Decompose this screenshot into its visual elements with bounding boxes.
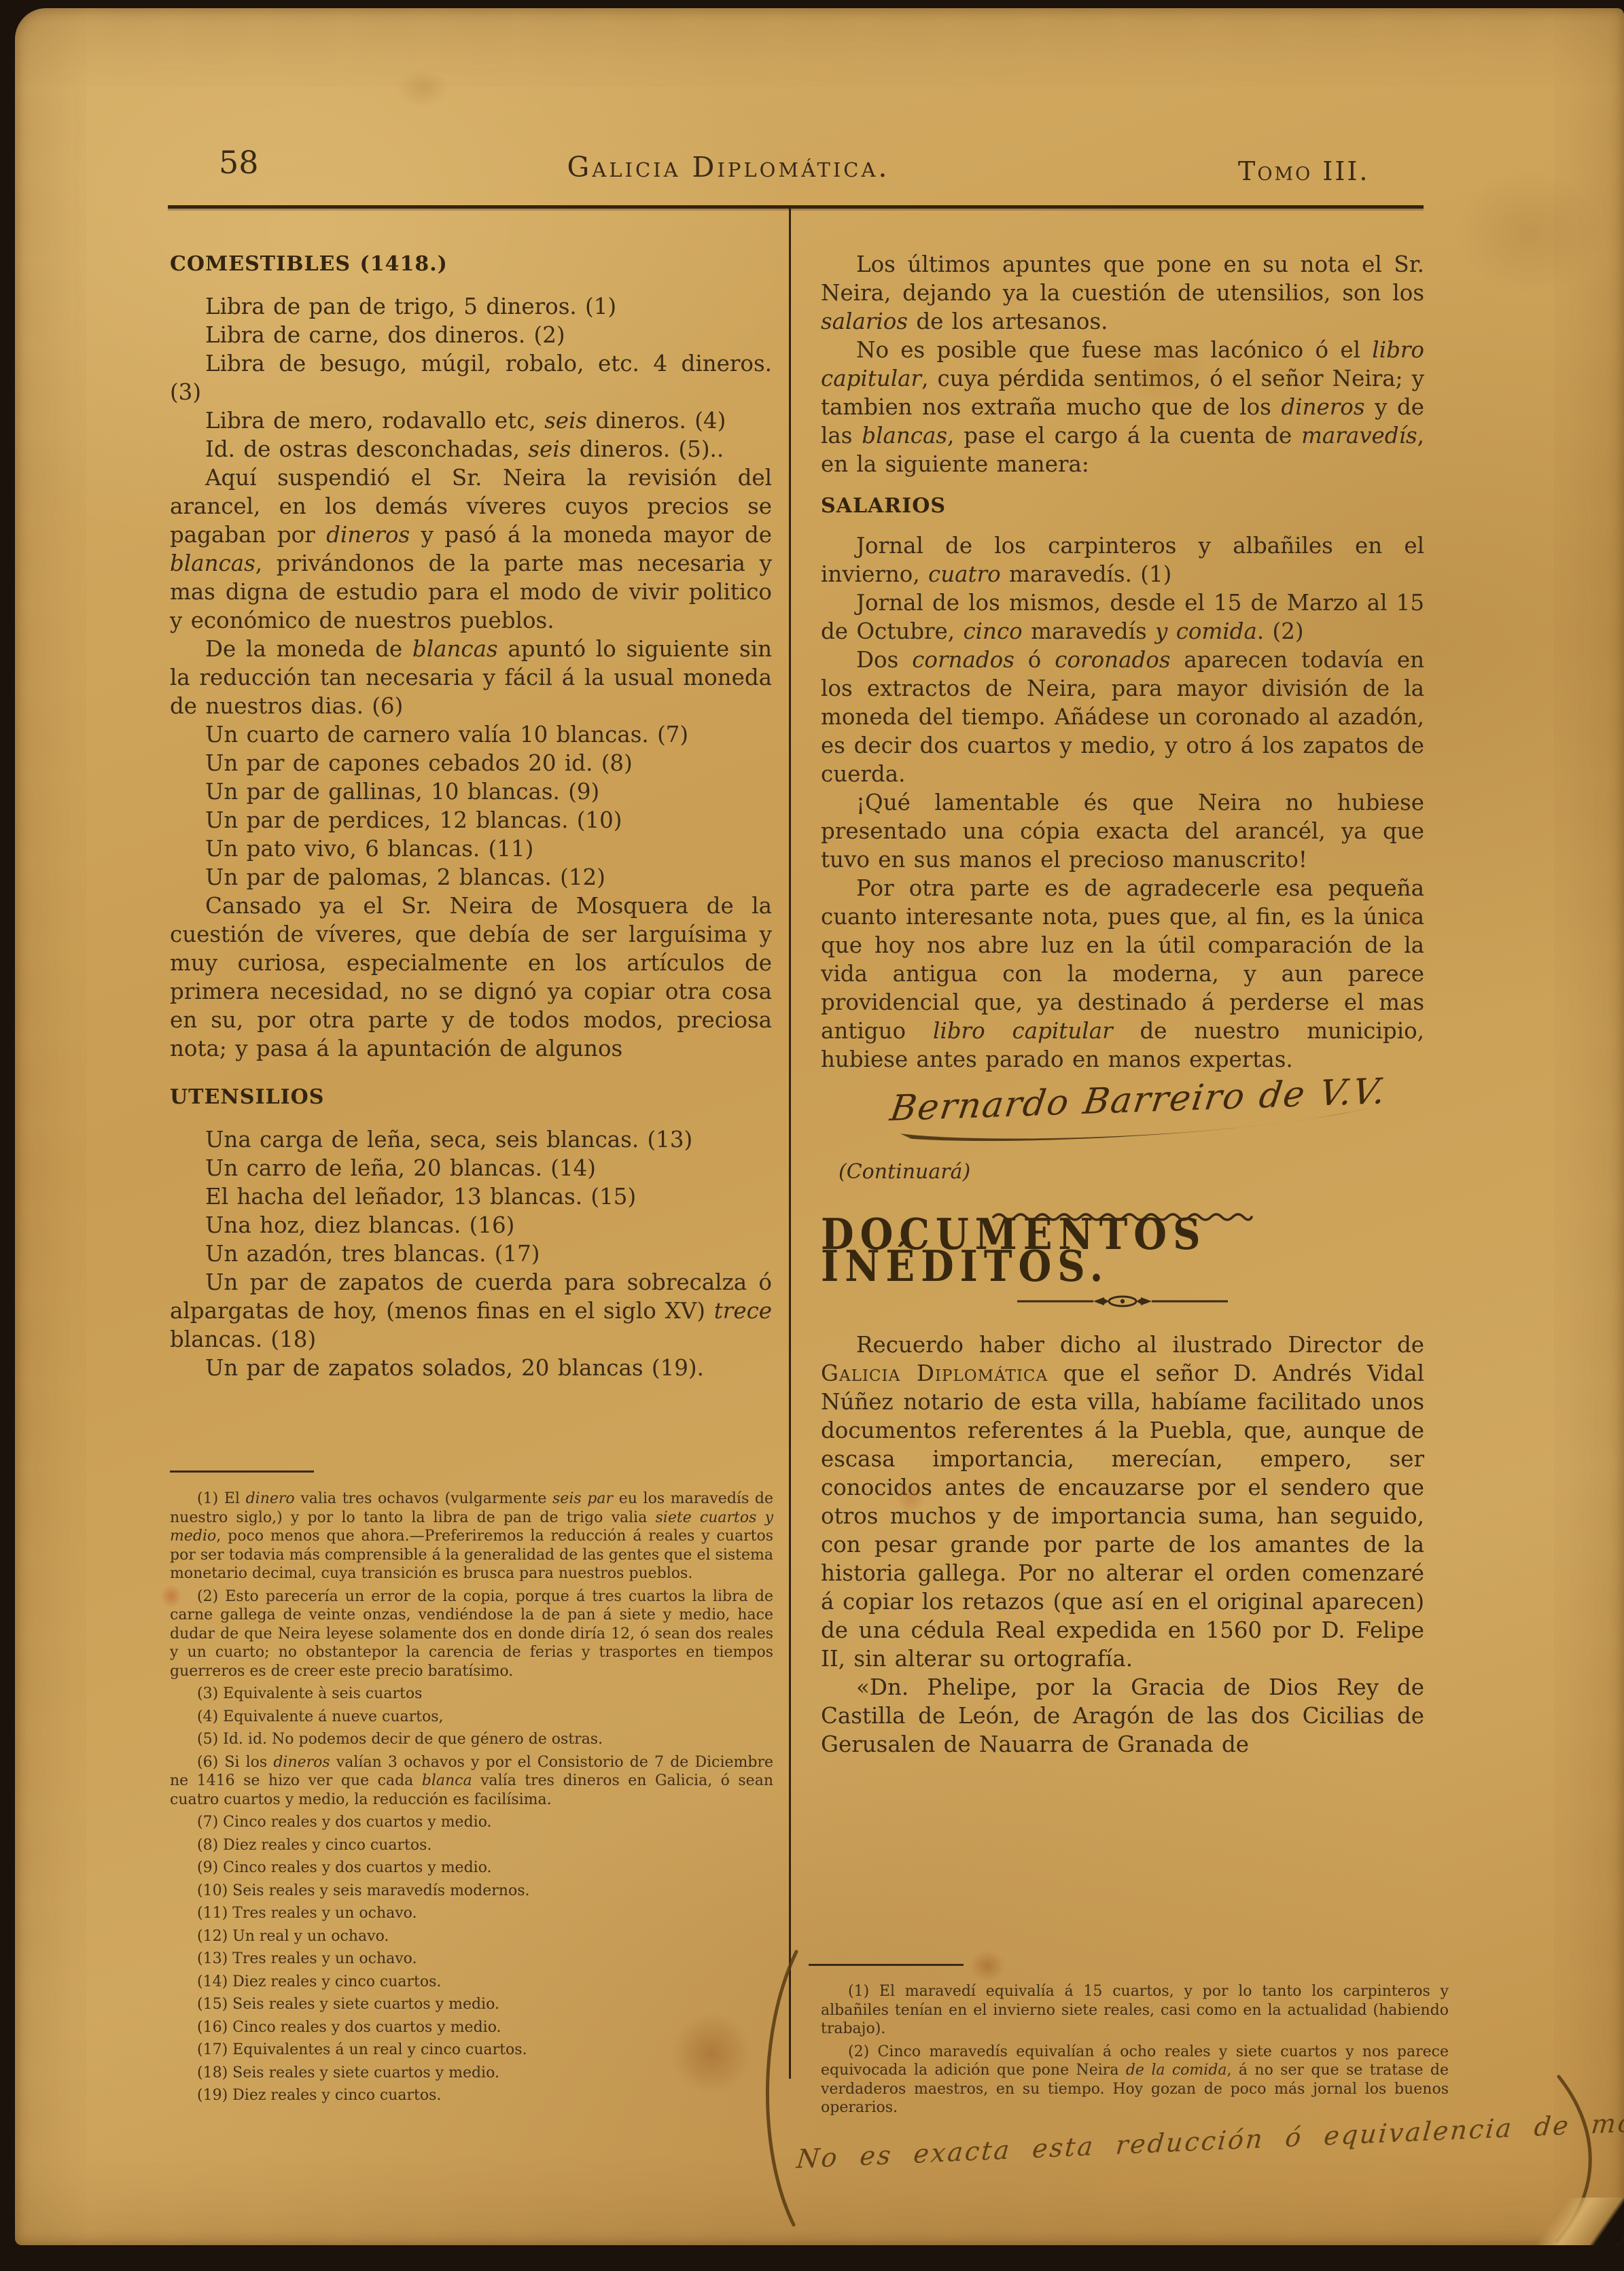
text-segment: (10) Seis reales y seis maravedís modern…	[197, 1882, 530, 1899]
paragraph: Libra de pan de trigo, 5 dineros. (1)	[170, 292, 772, 321]
paragraph: Un par de capones cebados 20 id. (8)	[170, 749, 772, 777]
text-segment: dineros	[273, 1754, 330, 1771]
paragraph: Una carga de leña, seca, seis blancas. (…	[170, 1125, 772, 1154]
paragraph: (1) El dinero valia tres ochavos (vulgar…	[170, 1490, 773, 1583]
paragraph: Un par de gallinas, 10 blancas. (9)	[170, 777, 772, 806]
paragraph: (4) Equivalente á nueve cuartos,	[170, 1708, 773, 1727]
text-segment: (5) Id. id. No podemos decir de que géne…	[197, 1731, 603, 1748]
text-segment: Un par de palomas, 2 blancas. (12)	[205, 864, 605, 890]
text-segment: y comida	[1155, 618, 1257, 644]
text-segment: ó	[1014, 647, 1055, 673]
documentos-paragraphs: Recuerdo haber dicho al ilustrado Direct…	[821, 1331, 1424, 1759]
paragraph: Libra de besugo, múgil, robalo, etc. 4 d…	[170, 349, 772, 406]
text-segment: Cansado ya el Sr. Neira de Mosquera de l…	[170, 893, 772, 1061]
paragraph: Libra de carne, dos dineros. (2)	[170, 321, 772, 349]
text-segment: «Dn. Phelipe, por la Gracia de Dios Rey …	[821, 1674, 1424, 1757]
paragraph: Jornal de los mismos, desde el 15 de Mar…	[821, 588, 1424, 646]
paragraph: Un pato vivo, 6 blancas. (11)	[170, 834, 772, 863]
text-segment: (13) Tres reales y un ochavo.	[197, 1950, 417, 1967]
text-segment: blancas	[862, 423, 947, 448]
text-segment: maravedís	[1023, 618, 1155, 644]
paragraph: Un carro de leña, 20 blancas. (14)	[170, 1154, 772, 1182]
paper-stain	[970, 1950, 1005, 1982]
ornament-divider	[1017, 1292, 1228, 1310]
paragraph: Libra de mero, rodavallo etc, seis diner…	[170, 406, 772, 435]
text-segment: de la comida	[1126, 2062, 1227, 2079]
text-segment: seis	[528, 436, 571, 462]
text-segment: Un azadón, tres blancas. (17)	[205, 1241, 540, 1267]
paragraph: (12) Un real y un ochavo.	[170, 1927, 773, 1946]
text-segment: Recuerdo haber dicho al ilustrado Direct…	[856, 1332, 1424, 1358]
page-corner-fold	[1522, 2198, 1624, 2245]
paragraph: (2) Esto parecería un error de la copia,…	[170, 1587, 773, 1681]
text-segment: Id. de ostras desconchadas,	[205, 436, 528, 462]
right-footnotes: (1) El maravedí equivalía á 15 cuartos, …	[821, 1982, 1449, 2122]
paragraph: (18) Seis reales y siete cuartos y medio…	[170, 2064, 773, 2083]
text-segment: (2) Esto parecería un error de la copia,…	[170, 1588, 773, 1680]
text-segment: Libra de carne, dos dineros. (2)	[205, 322, 565, 348]
comestibles-paragraphs: Libra de pan de trigo, 5 dineros. (1)Lib…	[170, 292, 772, 1063]
text-segment: cinco	[963, 618, 1022, 644]
text-segment: (18) Seis reales y siete cuartos y medio…	[197, 2064, 499, 2081]
text-segment: maravedís. (1)	[1001, 561, 1172, 587]
text-segment: (7) Cinco reales y dos cuartos y medio.	[197, 1814, 492, 1831]
text-segment: maravedís	[1301, 423, 1417, 448]
volume-label: Tomo III.	[1238, 156, 1442, 186]
paragraph: (19) Diez reales y cinco cuartos.	[170, 2086, 773, 2105]
text-segment: Los últimos apuntes que pone en su nota …	[821, 251, 1424, 306]
text-segment: De la moneda de	[205, 636, 412, 662]
text-segment: (9) Cinco reales y dos cuartos y medio.	[197, 1859, 492, 1876]
right-column: Los últimos apuntes que pone en su nota …	[821, 250, 1424, 1759]
paragraph: Un azadón, tres blancas. (17)	[170, 1239, 772, 1268]
paragraph: Un par de palomas, 2 blancas. (12)	[170, 863, 772, 892]
text-segment: ¡Qué lamentable és que Neira no hubiese …	[821, 790, 1424, 873]
paragraph: (17) Equivalentes á un real y cinco cuar…	[170, 2041, 773, 2060]
column-divider-rule	[789, 209, 791, 2079]
paragraph: «Dn. Phelipe, por la Gracia de Dios Rey …	[821, 1673, 1424, 1759]
paragraph: (6) Si los dineros valían 3 ochavos y po…	[170, 1753, 773, 1810]
text-segment: (1) El	[197, 1490, 246, 1507]
paragraph: Un par de zapatos solados, 20 blancas (1…	[170, 1354, 772, 1382]
paragraph: El hacha del leñador, 13 blancas. (15)	[170, 1182, 772, 1211]
text-segment: coronados	[1055, 647, 1170, 673]
section-heading-salarios: SALARIOS	[821, 492, 1424, 521]
text-segment: Una hoz, diez blancas. (16)	[205, 1212, 514, 1238]
text-segment: blancas. (18)	[170, 1326, 316, 1352]
paragraph: Dos cornados ó coronados aparecen todaví…	[821, 646, 1424, 788]
header-rule	[168, 205, 1424, 209]
text-segment: Un par de zapatos de cuerda para sobreca…	[170, 1269, 772, 1324]
document-page: 58 Galicia Diplomática. Tomo III. COMEST…	[15, 8, 1624, 2245]
text-segment: Galicia Diplomática	[821, 1360, 1048, 1386]
right-footnote-rule	[809, 1964, 964, 1966]
section-heading-utensilios: UTENSILIOS	[170, 1083, 772, 1112]
text-segment: , poco menos que ahora.—Preferiremos la …	[170, 1528, 773, 1582]
text-segment: Libra de pan de trigo, 5 dineros. (1)	[205, 294, 616, 319]
paragraph: (15) Seis reales y siete cuartos y medio…	[170, 1995, 773, 2014]
section-heading-comestibles: COMESTIBLES (1418.)	[170, 250, 772, 279]
continuara-label: (Continuará)	[839, 1158, 1424, 1186]
paragraph: (2) Cinco maravedís equivalían á ocho re…	[821, 2043, 1449, 2117]
text-segment: (12) Un real y un ochavo.	[197, 1928, 389, 1945]
signature-block: Bernardo Barreiro de V.V.	[873, 1076, 1405, 1150]
text-segment: , pase el cargo á la cuenta de	[947, 423, 1301, 448]
paragraph: De la moneda de blancas apuntó lo siguie…	[170, 635, 772, 720]
text-segment: dineros	[326, 522, 410, 548]
text-segment: cornados	[912, 647, 1014, 673]
text-segment: El hacha del leñador, 13 blancas. (15)	[205, 1184, 636, 1210]
paragraph: Aquí suspendió el Sr. Neira la revisión …	[170, 463, 772, 635]
text-segment: (17) Equivalentes á un real y cinco cuar…	[197, 2041, 527, 2058]
text-segment: (15) Seis reales y siete cuartos y medio…	[197, 1996, 499, 2013]
text-segment: Un par de gallinas, 10 blancas. (9)	[205, 779, 599, 805]
paragraph: Los últimos apuntes que pone en su nota …	[821, 250, 1424, 336]
paragraph: (7) Cinco reales y dos cuartos y medio.	[170, 1813, 773, 1832]
text-segment: Libra de mero, rodavallo etc,	[205, 408, 544, 434]
paragraph: Un cuarto de carnero valía 10 blancas. (…	[170, 720, 772, 749]
paragraph: (1) El maravedí equivalía á 15 cuartos, …	[821, 1982, 1449, 2039]
text-segment: (16) Cinco reales y dos cuartos y medio.	[197, 2019, 501, 2036]
text-segment: Libra de besugo, múgil, robalo, etc. 4 d…	[170, 351, 772, 405]
left-column: COMESTIBLES (1418.) Libra de pan de trig…	[170, 250, 772, 1382]
text-segment: (6) Si los	[197, 1754, 273, 1771]
paragraph: (9) Cinco reales y dos cuartos y medio.	[170, 1859, 773, 1878]
paragraph: Un par de zapatos de cuerda para sobreca…	[170, 1268, 772, 1354]
text-segment: Dos	[856, 647, 912, 673]
text-segment: Un par de capones cebados 20 id. (8)	[205, 750, 633, 776]
text-segment: blanca	[422, 1772, 472, 1789]
text-segment: que el señor D. Andrés Vidal Núñez notar…	[821, 1360, 1424, 1672]
paragraph: (5) Id. id. No podemos decir de que géne…	[170, 1730, 773, 1749]
text-segment: No es posible que fuese mas lacónico ó e…	[856, 337, 1372, 363]
paragraph: (3) Equivalente à seis cuartos	[170, 1685, 773, 1704]
left-footnote-rule	[170, 1471, 314, 1473]
paragraph: (16) Cinco reales y dos cuartos y medio.	[170, 2018, 773, 2037]
section-heading-documentos: DOCUMENTOS INÉDITOS.	[821, 1218, 1424, 1282]
paragraph: (10) Seis reales y seis maravedís modern…	[170, 1882, 773, 1901]
paragraph: Una hoz, diez blancas. (16)	[170, 1211, 772, 1239]
text-segment: (3) Equivalente à seis cuartos	[197, 1685, 422, 1702]
text-segment: (14) Diez reales y cinco cuartos.	[197, 1973, 441, 1990]
paragraph: Un par de perdices, 12 blancas. (10)	[170, 806, 772, 834]
text-segment: Un par de zapatos solados, 20 blancas (1…	[205, 1355, 704, 1381]
text-segment: (1) El maravedí equivalía á 15 cuartos, …	[821, 1983, 1449, 2037]
text-segment: (11) Tres reales y un ochavo.	[197, 1905, 417, 1922]
text-segment: trece	[714, 1298, 772, 1324]
text-segment: (8) Diez reales y cinco cuartos.	[197, 1837, 431, 1854]
text-segment: seis par	[552, 1490, 613, 1507]
text-segment: blancas	[170, 550, 255, 576]
text-segment: seis	[544, 408, 587, 434]
paragraph: Por otra parte es de agradecerle esa peq…	[821, 874, 1424, 1074]
text-segment: , privándonos de la parte mas necesaria …	[170, 550, 772, 633]
paragraph: No es posible que fuese mas lacónico ó e…	[821, 336, 1424, 478]
text-segment: blancas	[412, 636, 498, 662]
text-segment: Un carro de leña, 20 blancas. (14)	[205, 1155, 596, 1181]
intro-paragraphs: Los últimos apuntes que pone en su nota …	[821, 250, 1424, 478]
text-segment: dineros	[1281, 394, 1364, 420]
page-number: 58	[219, 144, 259, 181]
text-segment: Un par de perdices, 12 blancas. (10)	[205, 807, 622, 833]
text-segment: (4) Equivalente á nueve cuartos,	[197, 1708, 444, 1725]
text-segment: Un pato vivo, 6 blancas. (11)	[205, 836, 533, 862]
paragraph: Cansado ya el Sr. Neira de Mosquera de l…	[170, 892, 772, 1063]
paper-stain	[395, 69, 450, 107]
text-segment: y pasó á la moneda mayor de	[410, 522, 772, 548]
utensilios-paragraphs: Una carga de leña, seca, seis blancas. (…	[170, 1125, 772, 1382]
text-segment: libro capitular	[933, 1018, 1113, 1044]
text-segment: Una carga de leña, seca, seis blancas. (…	[205, 1127, 692, 1152]
text-segment: dineros. (5)..	[571, 436, 724, 462]
text-segment: Un cuarto de carnero valía 10 blancas. (…	[205, 722, 688, 747]
scanned-page-photo: { "page": { "number": "58", "title": "Ga…	[0, 0, 1624, 2271]
journal-title: Galicia Diplomática.	[538, 151, 919, 183]
salarios-paragraphs: Jornal de los carpinteros y albañiles en…	[821, 531, 1424, 1074]
text-segment: valia tres ochavos (vulgarmente	[295, 1490, 552, 1507]
text-segment: (19) Diez reales y cinco cuartos.	[197, 2087, 441, 2104]
text-segment: dineros. (4)	[587, 408, 726, 434]
paper-stain	[1455, 171, 1605, 294]
text-segment: salarios	[821, 309, 908, 334]
paragraph: (11) Tres reales y un ochavo.	[170, 1904, 773, 1923]
text-segment: de los artesanos.	[908, 309, 1108, 334]
paragraph: ¡Qué lamentable és que Neira no hubiese …	[821, 788, 1424, 874]
paragraph: (8) Diez reales y cinco cuartos.	[170, 1836, 773, 1855]
text-segment: dinero	[246, 1490, 295, 1507]
paragraph: (14) Diez reales y cinco cuartos.	[170, 1973, 773, 1992]
paragraph: Jornal de los carpinteros y albañiles en…	[821, 531, 1424, 588]
paragraph: Recuerdo haber dicho al ilustrado Direct…	[821, 1331, 1424, 1673]
left-footnotes: (1) El dinero valia tres ochavos (vulgar…	[170, 1490, 773, 2109]
paragraph: Id. de ostras desconchadas, seis dineros…	[170, 435, 772, 463]
text-segment: cuatro	[928, 561, 1001, 587]
paragraph: (13) Tres reales y un ochavo.	[170, 1950, 773, 1969]
text-segment: . (2)	[1257, 618, 1304, 644]
